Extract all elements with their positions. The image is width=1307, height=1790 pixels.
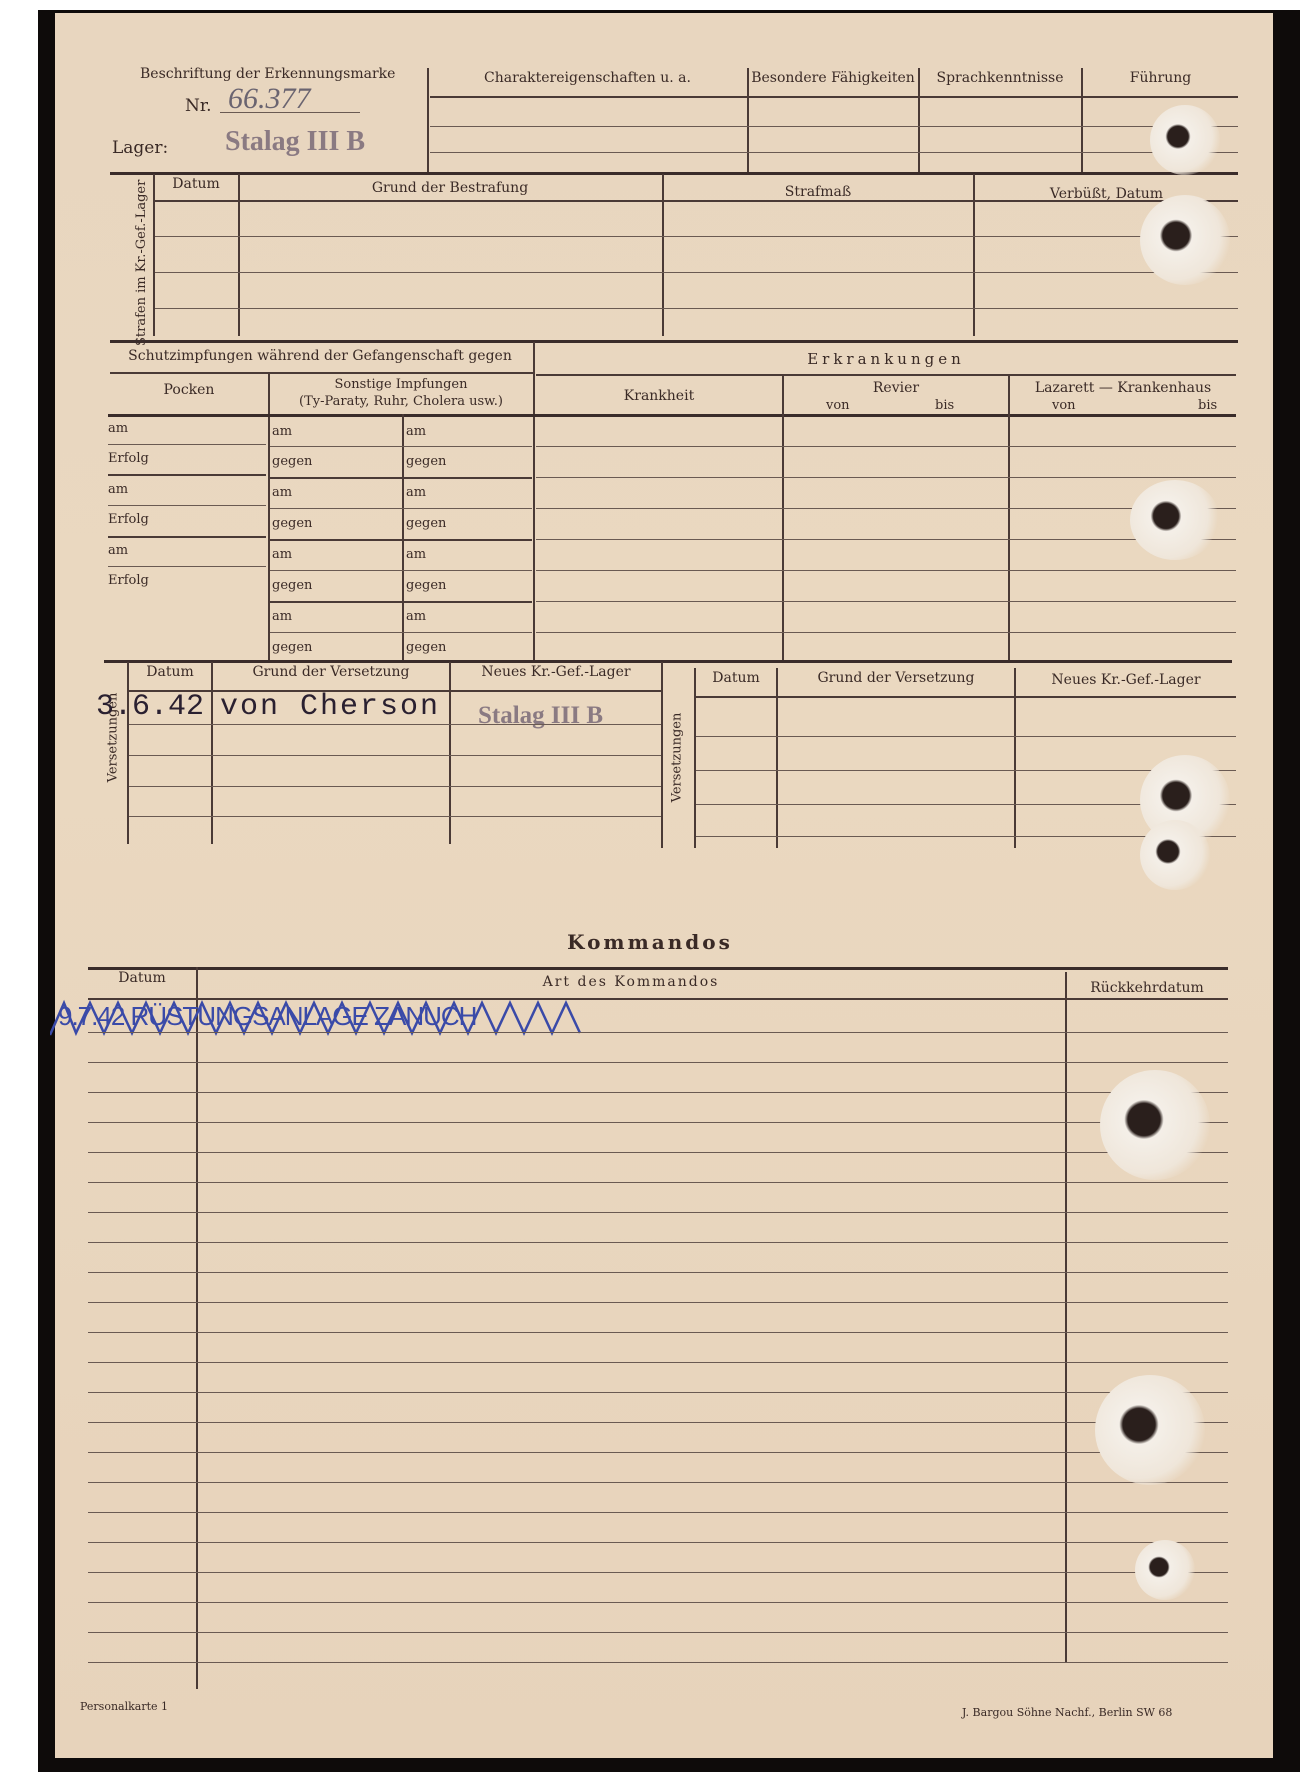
col-sonstige-impfungen: Sonstige Impfungen xyxy=(270,377,532,392)
punch-hole-1 xyxy=(1150,105,1220,175)
vers-left-col-grund: Grund der Versetzung xyxy=(213,664,449,680)
punch-hole-5 xyxy=(1140,820,1210,890)
col-pocken: Pocken xyxy=(110,382,268,398)
col-revier: Revier xyxy=(784,380,1008,396)
sonstige-a-am-2: am xyxy=(272,485,292,500)
col-lazarett: Lazarett — Krankenhaus xyxy=(1010,380,1236,396)
kommandos-col-art: Art des Kommandos xyxy=(198,974,1064,990)
punch-hole-7 xyxy=(1095,1375,1205,1485)
footer-printer: J. Bargou Söhne Nachf., Berlin SW 68 xyxy=(962,1706,1172,1719)
sonstige-a-gegen-2: gegen xyxy=(272,516,312,531)
sonstige-b-am-2: am xyxy=(406,485,426,500)
strafen-col-grund: Grund der Bestrafung xyxy=(240,180,660,196)
strafen-side-label: Strafen im Kr.-Gef.-Lager xyxy=(134,186,150,346)
pocken-row-am-1: am xyxy=(108,421,128,436)
sonstige-a-am-1: am xyxy=(272,424,292,439)
lager-stamp: Stalag III B xyxy=(225,126,365,158)
col-krankheit: Krankheit xyxy=(536,388,782,404)
vers-left-col-datum: Datum xyxy=(129,664,211,680)
sonstige-a-gegen-4: gegen xyxy=(272,640,312,655)
sonstige-b-gegen-3: gegen xyxy=(406,578,446,593)
vers-right-col-grund: Grund der Versetzung xyxy=(778,670,1014,686)
vers-entry-lager-stamp: Stalag III B xyxy=(478,702,603,730)
sonstige-a-gegen-1: gegen xyxy=(272,454,312,469)
sonstige-b-am-4: am xyxy=(406,609,426,624)
pocken-row-am-2: am xyxy=(108,482,128,497)
col-fuehrung: Führung xyxy=(1083,70,1238,86)
sonstige-b-am-1: am xyxy=(406,424,426,439)
punch-hole-2 xyxy=(1140,195,1230,285)
pocken-row-erfolg-2: Erfolg xyxy=(108,512,149,527)
kommandos-title: Kommandos xyxy=(400,930,900,954)
kommandos-col-rueckkehr: Rückkehrdatum xyxy=(1067,980,1227,996)
impfungen-heading: Schutzimpfungen während der Gefangenscha… xyxy=(110,348,530,364)
col-besondere-faehigkeiten: Besondere Fähigkeiten xyxy=(749,70,917,86)
col-sprachkenntnisse: Sprachkenntnisse xyxy=(920,70,1080,86)
lazarett-von: von xyxy=(1052,398,1076,413)
footer-form-number: Personalkarte 1 xyxy=(80,1700,168,1713)
pocken-row-erfolg-3: Erfolg xyxy=(108,573,149,588)
vers-right-col-datum: Datum xyxy=(696,670,776,686)
kommandos-col-datum: Datum xyxy=(88,970,196,986)
sonstige-b-am-3: am xyxy=(406,547,426,562)
punch-hole-6 xyxy=(1100,1070,1210,1180)
strafen-col-datum: Datum xyxy=(155,176,237,192)
strafen-col-strafmass: Strafmaß xyxy=(664,184,972,200)
col-sonstige-sub: (Ty-Paraty, Ruhr, Cholera usw.) xyxy=(270,394,532,409)
kommandos-crossed-entry: 9.7.42 RÜSTUNGSANLAGE ZANUCH xyxy=(50,995,600,1046)
sonstige-a-gegen-3: gegen xyxy=(272,578,312,593)
sonstige-a-am-4: am xyxy=(272,609,292,624)
sonstige-b-gegen-2: gegen xyxy=(406,516,446,531)
sonstige-b-gegen-4: gegen xyxy=(406,640,446,655)
revier-bis: bis xyxy=(935,398,954,413)
lazarett-bis: bis xyxy=(1198,398,1217,413)
erkennungsmarke-heading: Beschriftung der Erkennungsmarke xyxy=(140,66,395,82)
lager-label: Lager: xyxy=(112,138,168,158)
sonstige-a-am-3: am xyxy=(272,547,292,562)
nr-value: 66.377 xyxy=(228,82,311,116)
vers-right-col-lager: Neues Kr.-Gef.-Lager xyxy=(1016,672,1236,688)
punch-hole-8 xyxy=(1135,1540,1195,1600)
col-charaktereigenschaften: Charaktereigenschaften u. a. xyxy=(430,70,745,86)
pocken-row-erfolg-1: Erfolg xyxy=(108,451,149,466)
pocken-row-am-3: am xyxy=(108,543,128,558)
revier-von: von xyxy=(826,398,850,413)
vers-entry-datum: 3.6.42 xyxy=(96,690,204,724)
versetzungen-right-side-label: Versetzungen xyxy=(670,703,685,813)
sonstige-b-gegen-1: gegen xyxy=(406,454,446,469)
punch-hole-3 xyxy=(1130,480,1220,560)
vers-left-col-lager: Neues Kr.-Gef.-Lager xyxy=(451,664,661,680)
nr-label: Nr. xyxy=(185,96,212,116)
vers-entry-grund: von Cherson xyxy=(220,690,440,724)
erkrankungen-heading: Erkrankungen xyxy=(536,350,1236,368)
